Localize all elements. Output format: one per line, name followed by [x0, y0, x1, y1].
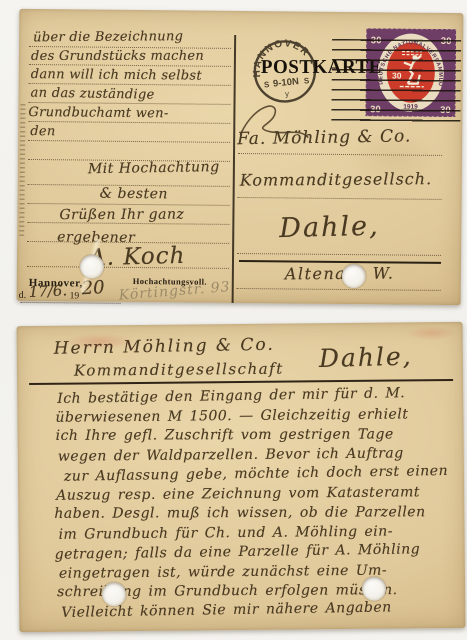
address-rule: [237, 253, 441, 256]
punch-hole: [362, 577, 386, 601]
closing-line: & besten: [100, 186, 168, 203]
body-line: ich Ihre gefl. Zuschrift vom gestrigen T…: [56, 426, 394, 443]
postmark-left-letter: S: [264, 80, 271, 90]
recipient-line: Herrn Möhling & Co.: [54, 335, 275, 359]
closing-line: Grüßen Ihr ganz: [59, 207, 184, 224]
message-line: dann will ich mich selbst: [31, 67, 202, 84]
writing-line: [28, 203, 230, 206]
printed-date-prefix: d.: [19, 290, 27, 301]
punch-hole: [102, 582, 126, 606]
handwritten-day-month: 17/6.: [28, 281, 67, 301]
body-line: Ich bestätige den Eingang der mir für d.…: [57, 385, 405, 407]
address-line: Fa. Möhling & Co.: [237, 126, 411, 149]
address-divider-line: [232, 35, 236, 303]
recipient-line: Kommanditgesellschaft: [74, 360, 284, 380]
body-line: eingetragen ist, würde zunächst eine Um-: [59, 563, 387, 582]
address-rule: [238, 153, 442, 156]
message-line: den: [30, 124, 55, 139]
address-rule: [238, 197, 442, 200]
punch-hole: [80, 254, 104, 278]
red-smudge: [407, 326, 457, 340]
printer-imprint: [19, 104, 25, 236]
body-line: überwiesenen M 1500. — Gleichzeitig erhi…: [55, 406, 408, 425]
recipient-place: Dahle,: [318, 342, 413, 374]
body-line: zur Auflassung gebe, möchte ich doch ers…: [64, 463, 448, 485]
writing-line: [28, 121, 230, 124]
address-line: Altena i. W.: [285, 264, 395, 284]
postcard-back: Herrn Möhling & Co. Kommanditgesellschaf…: [17, 322, 466, 632]
message-line: über die Bezeichnung: [33, 29, 183, 45]
closing-line: Mit Hochachtung: [88, 159, 220, 177]
address-line: Dahle,: [279, 211, 380, 245]
message-line: an das zuständige: [30, 86, 154, 103]
body-line: wegen der Waldparzellen. Bevor ich Auftr…: [58, 445, 404, 464]
cancellation-lines: [331, 39, 461, 122]
body-line: haben. Desgl. muß ich wissen, ob die Par…: [54, 504, 425, 522]
postcard-front: über die Bezeichnung des Grundstücks mac…: [17, 9, 464, 305]
body-line: getragen; falls da eine Parzelle für A. …: [55, 541, 421, 562]
punch-hole: [342, 264, 366, 288]
body-line: Auszug resp. eine Zeichnung vom Kataster…: [56, 484, 420, 503]
address-rule: [237, 288, 441, 291]
address-line: Kommanditgesellsch.: [240, 169, 432, 190]
header-rule: [29, 379, 453, 385]
date-line: [21, 302, 121, 304]
writing-line: [28, 140, 230, 143]
printed-century: 19: [70, 291, 80, 301]
message-line: Grundbuchamt wen-: [28, 105, 168, 121]
message-line: des Grundstücks machen: [31, 49, 204, 64]
body-line: im Grundbuch für Ch. und A. Möhling ein-: [58, 524, 393, 543]
